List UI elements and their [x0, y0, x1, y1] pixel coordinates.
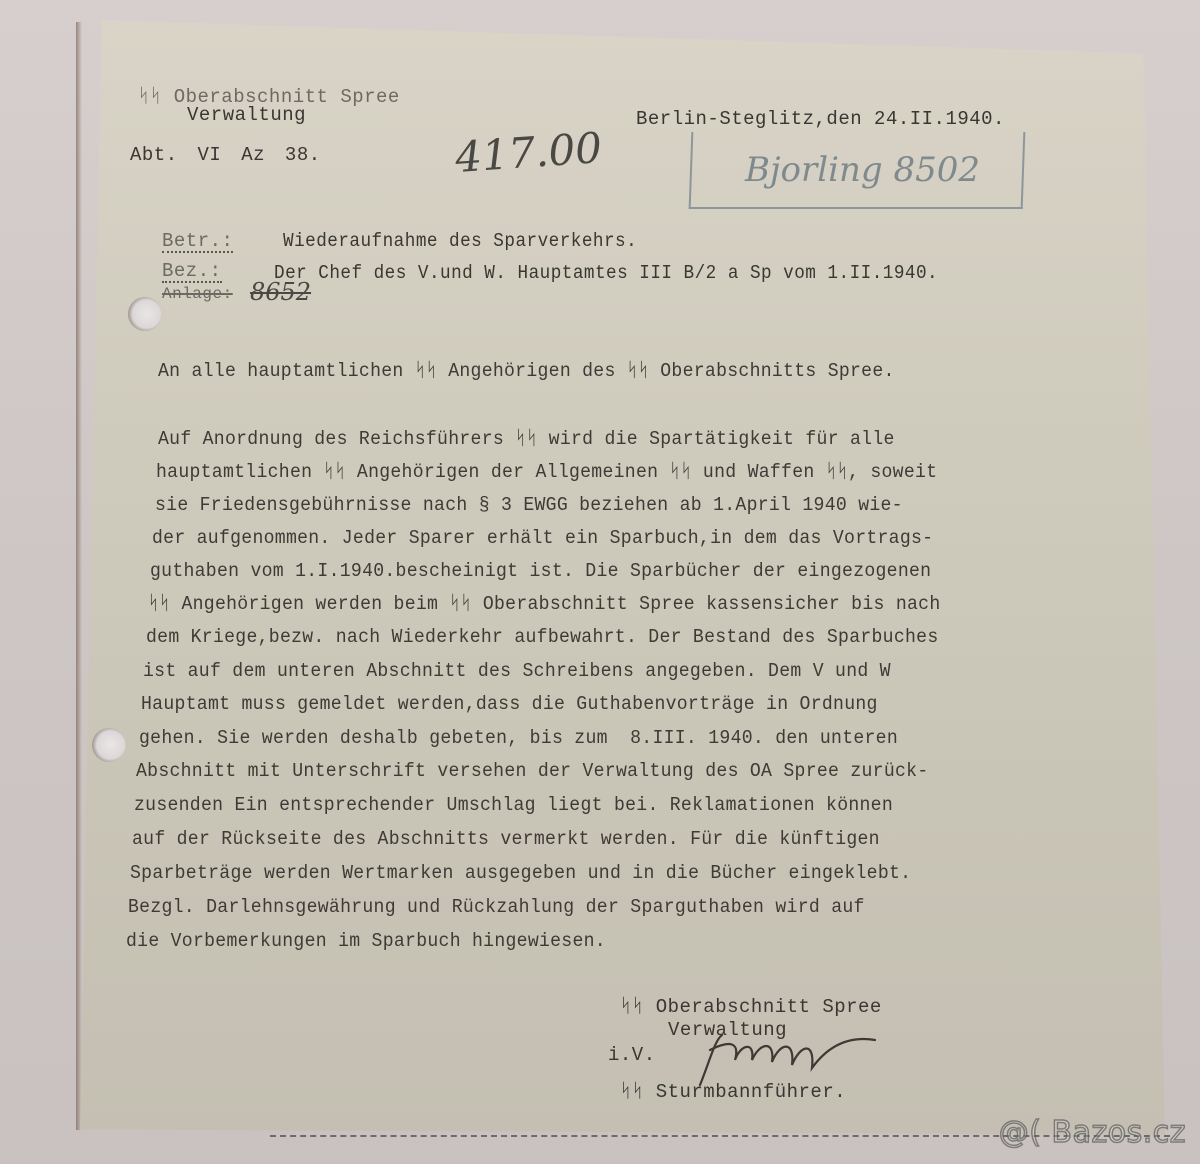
header-org-line2: Verwaltung — [187, 106, 306, 125]
body-line: dem Kriege,bezw. nach Wiederkehr aufbewa… — [146, 626, 938, 648]
handwritten-number: 417.00 — [453, 123, 603, 182]
body-line: Hauptamt muss gemeldet werden,dass die G… — [141, 693, 878, 715]
body-line: gehen. Sie werden deshalb gebeten, bis z… — [139, 727, 898, 749]
body-line: zusenden Ein entsprechender Umschlag lie… — [134, 794, 893, 816]
closing-iv: i.V. — [608, 1046, 656, 1065]
body-line: Auf Anordnung des Reichsführers ᛋᛋ wird … — [158, 428, 895, 450]
addressee-line: An alle hauptamtlichen ᛋᛋ Angehörigen de… — [158, 360, 895, 382]
body-line: guthaben vom 1.I.1940.bescheinigt ist. D… — [150, 560, 931, 582]
body-line: der aufgenommen. Jeder Sparer erhält ein… — [152, 527, 933, 549]
anlage-label: Anlage: — [162, 286, 233, 302]
body-line: ᛋᛋ Angehörigen werden beim ᛋᛋ Oberabschn… — [148, 593, 940, 615]
bez-label: Bez.: — [162, 262, 222, 283]
body-line: Bezgl. Darlehnsgewährung und Rückzahlung… — [128, 896, 865, 918]
body-line: sie Friedensgebührnisse nach § 3 EWGG be… — [155, 494, 903, 516]
punch-hole-bottom — [92, 728, 126, 762]
body-line: ist auf dem unteren Abschnitt des Schrei… — [143, 660, 891, 682]
header-reference: Abt. VI Az 38. — [130, 146, 321, 165]
bez-text: Der Chef des V.und W. Hauptamtes III B/2… — [274, 264, 938, 283]
anlage-handwritten: 8652 — [250, 278, 311, 306]
punch-hole-top — [128, 297, 162, 331]
paper-edge-shadow — [76, 22, 82, 1130]
watermark: @( Bazos.cz — [999, 1115, 1186, 1150]
body-line: hauptamtlichen ᛋᛋ Angehörigen der Allgem… — [156, 461, 937, 483]
betr-label: Betr.: — [162, 232, 233, 253]
body-line: Abschnitt mit Unterschrift versehen der … — [136, 760, 928, 782]
body-line: die Vorbemerkungen im Sparbuch hingewies… — [126, 930, 606, 952]
pencil-note: Bjorling 8502 — [745, 150, 980, 190]
body-line: Sparbeträge werden Wertmarken ausgegeben… — [130, 862, 911, 884]
header-place-date: Berlin-Steglitz,den 24.II.1940. — [636, 110, 1005, 129]
closing-org-line1: ᛋᛋ Oberabschnitt Spree — [620, 998, 882, 1017]
betr-text: Wiederaufnahme des Sparverkehrs. — [283, 232, 637, 251]
body-line: auf der Rückseite des Abschnitts vermerk… — [132, 828, 880, 850]
closing-rank: ᛋᛋ Sturmbannführer. — [620, 1083, 846, 1102]
